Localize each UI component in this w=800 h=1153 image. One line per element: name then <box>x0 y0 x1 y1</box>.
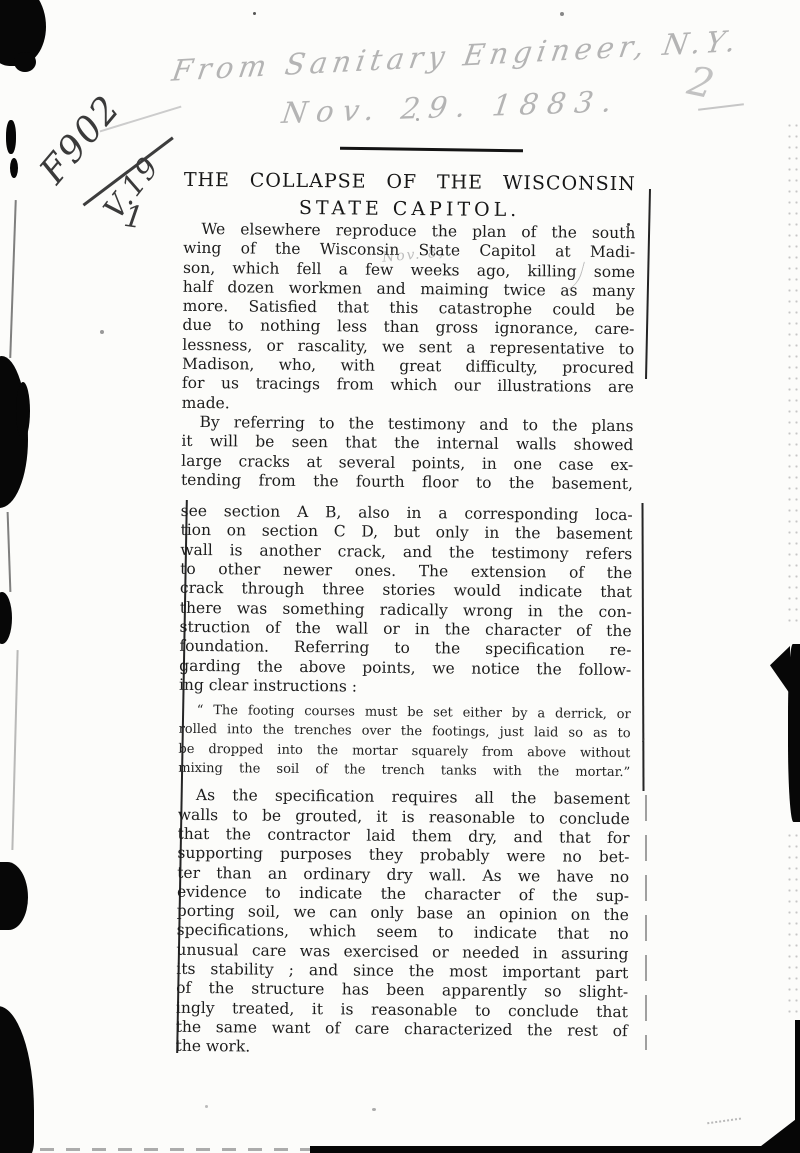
article-column: THE COLLAPSE OF THE WISCONSIN STATE CAPI… <box>175 166 636 1061</box>
text-line: tending from the fourth floor to the bas… <box>181 471 633 495</box>
scan-blotch-left-middle-bump <box>16 382 30 440</box>
article-paragraph: see section A B, also in a corresponding… <box>179 502 633 699</box>
scan-speck <box>253 12 256 15</box>
handwritten-source-annotation: From Sanitary Engineer, N.Y. <box>170 26 695 88</box>
scan-speck <box>205 1105 208 1108</box>
scan-blotch-small <box>0 592 12 644</box>
scan-bottom-bar <box>310 1146 800 1153</box>
article-paragraph: We elsewhere reproduce the plan of the s… <box>182 220 636 417</box>
scan-speck <box>100 330 104 334</box>
scan-speck <box>372 1108 376 1111</box>
scan-bottom-bar-faint <box>40 1148 320 1151</box>
article-paragraph: As the specification requires all the ba… <box>175 786 630 1060</box>
scan-blotch-left-lower <box>0 862 28 930</box>
scan-edge-speckle <box>786 830 799 1020</box>
scan-blotch-small <box>6 120 16 154</box>
scan-blotch-right-edge-bump <box>770 646 790 694</box>
handwritten-volume-suffix: 1 <box>122 199 146 236</box>
article-paragraph: “ The footing courses must be set either… <box>178 701 631 783</box>
scan-smudge <box>705 1102 741 1125</box>
scanned-newspaper-clipping-page: From Sanitary Engineer, N.Y. Nov. 29. 18… <box>0 0 800 1153</box>
handwritten-page-number: 2 <box>683 58 717 108</box>
article-title-line1: THE COLLAPSE OF THE WISCONSIN <box>184 166 636 198</box>
scan-edge-speckle <box>786 120 799 630</box>
column-rule-right-upper <box>645 189 651 379</box>
scan-speck <box>560 12 564 16</box>
scan-scratch <box>9 200 16 358</box>
scan-blotch-right-edge-lower <box>795 1020 800 1150</box>
scan-speck <box>416 118 419 121</box>
scan-blotch-small <box>10 158 18 178</box>
scan-blotch-bottom-left <box>0 1006 34 1153</box>
stray-print-mark: ’ <box>641 737 645 753</box>
scan-scratch <box>7 512 11 592</box>
text-line: mixing the soil of the trench tanks with… <box>178 759 630 783</box>
handwritten-date-annotation: Nov. 29. 1883. <box>280 84 623 130</box>
scan-blotch-top-left-tail <box>14 52 36 72</box>
scan-scratch <box>11 650 18 850</box>
title-divider-rule <box>340 147 523 153</box>
scan-speck <box>627 223 630 226</box>
handwritten-catalog-code: F902 <box>32 87 129 191</box>
article-body: We elsewhere reproduce the plan of the s… <box>175 220 635 1061</box>
article-paragraph: By referring to the testimony and to the… <box>181 413 634 495</box>
column-rule-right-lower <box>645 795 647 1050</box>
